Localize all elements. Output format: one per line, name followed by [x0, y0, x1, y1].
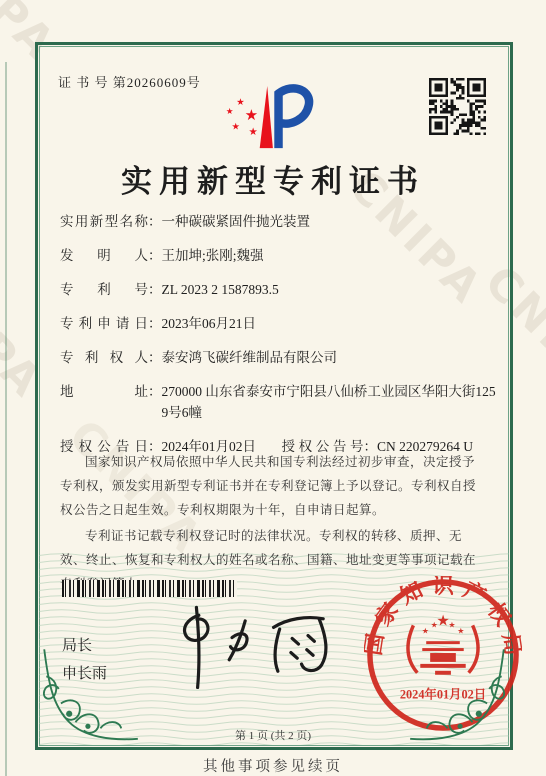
- blue-p-icon: [279, 88, 310, 148]
- red-blade-icon: [260, 86, 273, 148]
- certificate-page: CNIPA CNIPA CNIPA CNIPA CNIPA 证 书 号 第202…: [0, 0, 546, 776]
- svg-text:★: ★: [422, 626, 429, 635]
- certificate-fields: 实用新型名称：一种碳碳紧固件抛光装置 发明人：王加坤;张刚;魏强 专利号：ZL …: [60, 211, 506, 470]
- colon: ：: [148, 211, 162, 232]
- field-value: 王加坤;张刚;魏强: [162, 248, 264, 263]
- field-value: 一种碳碳紧固件抛光装置: [162, 214, 311, 229]
- continuation-note: 其他事项参见续页: [0, 755, 546, 776]
- field-value: 270000 山东省泰安市宁阳县八仙桥工业园区华阳大街1259号6幢: [162, 381, 500, 423]
- colon: ：: [148, 279, 162, 300]
- svg-text:★: ★: [226, 106, 234, 116]
- field-row-patent-no: 专利号：ZL 2023 2 1587893.5: [60, 279, 506, 300]
- commissioner-signature: [158, 593, 368, 699]
- field-label: 实用新型名称: [60, 211, 148, 232]
- colon: ：: [148, 245, 162, 266]
- svg-text:★: ★: [245, 106, 258, 124]
- field-value: ZL 2023 2 1587893.5: [162, 282, 279, 297]
- field-row-address: 地址：270000 山东省泰安市宁阳县八仙桥工业园区华阳大街1259号6幢: [60, 381, 506, 423]
- colon: ：: [148, 313, 162, 334]
- field-value: 2023年06月21日: [162, 316, 257, 331]
- stars-icon: ★ ★ ★ ★ ★: [226, 97, 258, 138]
- field-label: 专利号: [60, 279, 148, 300]
- certificate-title: 实用新型专利证书: [0, 156, 546, 201]
- field-row-name: 实用新型名称：一种碳碳紧固件抛光装置: [60, 211, 506, 232]
- barcode: [62, 580, 237, 597]
- certificate-number: 证 书 号 第20260609号: [58, 72, 201, 91]
- svg-text:★: ★: [448, 620, 455, 629]
- page-number: 第 1 页 (共 2 页): [0, 727, 546, 743]
- field-label: 专利申请日: [60, 313, 148, 334]
- field-row-filing-date: 专利申请日：2023年06月21日: [60, 313, 506, 334]
- colon: ：: [148, 381, 162, 402]
- cnipa-logo: ★ ★ ★ ★ ★: [224, 82, 318, 154]
- svg-text:★: ★: [248, 126, 257, 138]
- svg-text:★: ★: [431, 620, 438, 629]
- svg-text:★: ★: [236, 97, 244, 108]
- svg-text:★: ★: [457, 626, 464, 635]
- field-label: 发明人: [60, 245, 148, 266]
- field-label: 专利权人: [60, 347, 148, 368]
- svg-text:★: ★: [232, 121, 240, 132]
- grant-statement: 国家知识产权局依照中华人民共和国专利法经过初步审查，决定授予专利权，颁发实用新型…: [60, 450, 484, 522]
- field-label: 地址: [60, 381, 148, 402]
- field-row-patentee: 专利权人：泰安鸿飞碳纤维制品有限公司: [60, 347, 506, 368]
- qr-code: [429, 78, 486, 135]
- field-row-inventors: 发明人：王加坤;张刚;魏强: [60, 245, 506, 266]
- colon: ：: [148, 347, 162, 368]
- field-value: 泰安鸿飞碳纤维制品有限公司: [162, 350, 338, 365]
